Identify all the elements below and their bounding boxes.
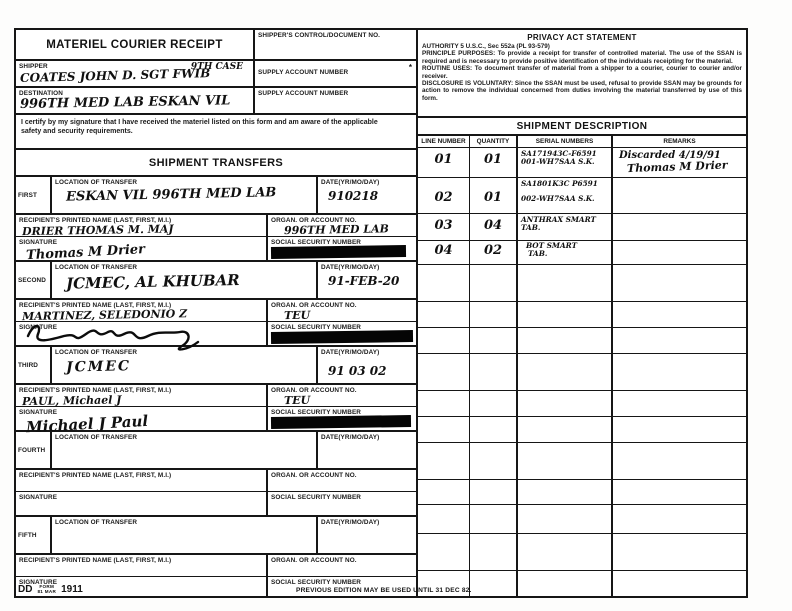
quantity-handwriting: 04 xyxy=(470,218,516,233)
recipient-label: RECIPIENT'S PRINTED NAME (LAST, FIRST, M… xyxy=(16,555,266,564)
remarks-cell xyxy=(613,178,746,213)
description-row-empty xyxy=(418,301,746,327)
ordinal-label: FIFTH xyxy=(16,532,37,539)
location-label: LOCATION OF TRANSFER xyxy=(52,432,316,441)
ordinal-box: SECOND xyxy=(16,262,52,298)
location-handwriting: JCMEC xyxy=(66,354,316,375)
quantity-handwriting: 01 xyxy=(470,152,516,167)
location-box: LOCATION OF TRANSFER ESKAN VIL 996TH MED… xyxy=(52,177,316,213)
description-row-empty xyxy=(418,264,746,301)
date-handwriting: 91 03 02 xyxy=(328,364,416,378)
quantity-handwriting: 02 xyxy=(470,243,516,258)
date-box: DATE(YR/MO/DAY) 91-FEB-20 xyxy=(316,262,416,298)
footer-dd: DD xyxy=(18,584,32,595)
transfer-block-second: SECOND LOCATION OF TRANSFER JCMEC, AL KH… xyxy=(16,260,416,345)
destination-box: DESTINATION 996TH MED LAB ESKAN VIL xyxy=(16,88,255,113)
line-number-handwriting: 02 xyxy=(418,190,469,205)
form-title: MATERIEL COURIER RECEIPT xyxy=(46,39,223,51)
supply-account-box-2: SUPPLY ACCOUNT NUMBER xyxy=(255,88,416,113)
certify-row: I certify by my signature that I have re… xyxy=(16,113,416,148)
signature-label: SIGNATURE xyxy=(16,492,266,501)
signature-box: SIGNATURE xyxy=(16,492,266,515)
scanned-form-dd1911: MATERIEL COURIER RECEIPT SHIPPER'S CONTR… xyxy=(0,0,792,611)
serial-numbers-cell: SA171943C-F6591 001-WH7SAA S.K. xyxy=(518,148,613,177)
ordinal-label: FIRST xyxy=(16,192,37,199)
ssn-box: SOCIAL SECURITY NUMBER xyxy=(266,492,416,515)
signature-box: SIGNATURE Thomas M Drier xyxy=(16,237,266,260)
transfer-block-third: THIRD LOCATION OF TRANSFER JCMEC DATE(YR… xyxy=(16,345,416,430)
asterisk-mark: * xyxy=(409,63,412,72)
serial-numbers-cell: ANTHRAX SMART TAB. xyxy=(518,214,613,240)
quantity-handwriting: 01 xyxy=(470,190,516,205)
privacy-act-box: PRIVACY ACT STATEMENT AUTHORITY 5 U.S.C.… xyxy=(418,30,746,116)
date-label: DATE(YR/MO/DAY) xyxy=(318,517,416,526)
transfers-title-box: SHIPMENT TRANSFERS xyxy=(16,150,416,175)
line-number-cell: 02 xyxy=(418,178,470,213)
signature-scrawl xyxy=(20,310,240,354)
description-row-empty xyxy=(418,442,746,479)
line-number-cell: 03 xyxy=(418,214,470,240)
privacy-title: PRIVACY ACT STATEMENT xyxy=(418,30,746,42)
recipient-box: RECIPIENT'S PRINTED NAME (LAST, FIRST, M… xyxy=(16,470,266,491)
ssn-redaction-bar xyxy=(271,330,413,344)
quantity-cell: 01 xyxy=(470,178,518,213)
remarks-cell xyxy=(613,214,746,240)
ordinal-box: FIFTH xyxy=(16,517,52,553)
transfers-section-title: SHIPMENT TRANSFERS xyxy=(149,157,283,169)
quantity-cell: 01 xyxy=(470,148,518,177)
certify-statement: I certify by my signature that I have re… xyxy=(16,115,416,136)
ordinal-label: FOURTH xyxy=(16,447,45,454)
location-handwriting: JCMEC, AL KHUBAR xyxy=(66,269,316,292)
ssn-label: SOCIAL SECURITY NUMBER xyxy=(268,492,416,501)
description-row-empty xyxy=(418,327,746,353)
certify-box: I certify by my signature that I have re… xyxy=(16,115,416,148)
date-label: DATE(YR/MO/DAY) xyxy=(318,177,416,186)
serial-line-1: SA1801K3C P6591 xyxy=(521,180,611,188)
transfers-title-row: SHIPMENT TRANSFERS xyxy=(16,148,416,175)
line-number-handwriting: 03 xyxy=(418,218,469,233)
date-box: DATE(YR/MO/DAY) xyxy=(316,432,416,468)
right-panel: PRIVACY ACT STATEMENT AUTHORITY 5 U.S.C.… xyxy=(416,28,748,598)
footer-edition: 81 MAR xyxy=(37,589,56,594)
left-panel: MATERIEL COURIER RECEIPT SHIPPER'S CONTR… xyxy=(14,28,418,598)
organ-handwriting: TEU xyxy=(284,307,416,322)
shipper-box: SHIPPER 9TH CASE COATES JOHN D. SGT FWIB xyxy=(16,61,255,86)
transfer-block-first: FIRST LOCATION OF TRANSFER ESKAN VIL 996… xyxy=(16,175,416,260)
footer-form-number: 1911 xyxy=(61,584,83,595)
location-box: LOCATION OF TRANSFER JCMEC, AL KHUBAR xyxy=(52,262,316,298)
previous-edition-note: PREVIOUS EDITION MAY BE USED UNTIL 31 DE… xyxy=(296,587,472,594)
remarks-signature: Thomas M Drier xyxy=(627,158,746,175)
organ-box: ORGAN. OR ACCOUNT NO. TEU xyxy=(266,300,416,321)
destination-row: DESTINATION 996TH MED LAB ESKAN VIL SUPP… xyxy=(16,86,416,113)
ordinal-label: THIRD xyxy=(16,362,38,369)
organ-box: ORGAN. OR ACCOUNT NO. xyxy=(266,555,416,576)
organ-box: ORGAN. OR ACCOUNT NO. 996TH MED LAB xyxy=(266,215,416,236)
privacy-disclosure: DISCLOSURE IS VOLUNTARY: Since the SSAN … xyxy=(418,80,746,102)
footer-form-edition: FORM 81 MAR xyxy=(37,584,56,594)
recipient-box: RECIPIENT'S PRINTED NAME (LAST, FIRST, M… xyxy=(16,215,266,236)
recipient-box: RECIPIENT'S PRINTED NAME (LAST, FIRST, M… xyxy=(16,385,266,406)
organ-handwriting: TEU xyxy=(284,392,416,407)
date-handwriting: 91-FEB-20 xyxy=(328,274,416,288)
ssn-label: SOCIAL SECURITY NUMBER xyxy=(268,577,416,586)
description-row-empty xyxy=(418,416,746,442)
ssn-box: SOCIAL SECURITY NUMBER xyxy=(266,407,416,430)
location-box: LOCATION OF TRANSFER xyxy=(52,432,316,468)
line-number-handwriting: 01 xyxy=(418,152,469,167)
organ-handwriting: 996TH MED LAB xyxy=(284,222,416,237)
supply-account-label-2: SUPPLY ACCOUNT NUMBER xyxy=(255,88,416,97)
ssn-box: SOCIAL SECURITY NUMBER xyxy=(266,237,416,260)
date-box: DATE(YR/MO/DAY) 91 03 02 xyxy=(316,347,416,383)
serial-numbers-cell: BOT SMART TAB. xyxy=(518,241,613,264)
privacy-routine: ROUTINE USES: To document transfer of ma… xyxy=(418,65,746,80)
location-handwriting: ESKAN VIL 996TH MED LAB xyxy=(66,184,316,204)
serial-line-2: TAB. xyxy=(521,224,611,232)
description-row-empty xyxy=(418,353,746,390)
location-label: LOCATION OF TRANSFER xyxy=(52,517,316,526)
organ-box: ORGAN. OR ACCOUNT NO. xyxy=(266,470,416,491)
form-title-box: MATERIEL COURIER RECEIPT xyxy=(16,30,255,59)
control-number-box: SHIPPER'S CONTROL/DOCUMENT NO. xyxy=(255,30,416,59)
ordinal-box: FOURTH xyxy=(16,432,52,468)
serial-numbers-cell: SA1801K3C P6591 002-WH7SAA S.K. xyxy=(518,178,613,213)
signature-box: SIGNATURE xyxy=(16,322,266,345)
line-number-cell: 01 xyxy=(418,148,470,177)
serial-line-2: 001-WH7SAA S.K. xyxy=(521,158,611,166)
date-box: DATE(YR/MO/DAY) 910218 xyxy=(316,177,416,213)
description-row-empty xyxy=(418,533,746,570)
date-box: DATE(YR/MO/DAY) xyxy=(316,517,416,553)
date-label: DATE(YR/MO/DAY) xyxy=(318,262,416,271)
col-header-remarks: REMARKS xyxy=(613,136,746,147)
serial-line-2: TAB. xyxy=(528,250,611,258)
col-header-serial-numbers: SERIAL NUMBERS xyxy=(518,136,613,147)
signature-box: SIGNATURE Michael J Paul xyxy=(16,407,266,430)
description-title-row: SHIPMENT DESCRIPTION xyxy=(418,116,746,134)
description-row-4: 04 02 BOT SMART TAB. xyxy=(418,240,746,264)
shipper-row: SHIPPER 9TH CASE COATES JOHN D. SGT FWIB… xyxy=(16,59,416,86)
recipient-label: RECIPIENT'S PRINTED NAME (LAST, FIRST, M… xyxy=(16,470,266,479)
date-label: DATE(YR/MO/DAY) xyxy=(318,347,416,356)
header-row: MATERIEL COURIER RECEIPT SHIPPER'S CONTR… xyxy=(16,30,416,59)
ssn-redaction-bar xyxy=(271,245,406,259)
description-row-empty xyxy=(418,479,746,505)
organ-box: ORGAN. OR ACCOUNT NO. TEU xyxy=(266,385,416,406)
description-row-3: 03 04 ANTHRAX SMART TAB. xyxy=(418,213,746,240)
recipient-box: RECIPIENT'S PRINTED NAME (LAST, FIRST, M… xyxy=(16,555,266,576)
destination-value-handwriting: 996TH MED LAB ESKAN VIL xyxy=(20,93,253,112)
description-row-empty xyxy=(418,390,746,416)
serial-line-2: 002-WH7SAA S.K. xyxy=(521,195,611,203)
remarks-cell xyxy=(613,241,746,264)
supply-account-label-1: SUPPLY ACCOUNT NUMBER xyxy=(255,67,348,76)
description-section-title: SHIPMENT DESCRIPTION xyxy=(517,121,648,132)
col-header-line-number: LINE NUMBER xyxy=(418,136,470,147)
col-header-quantity: QUANTITY xyxy=(470,136,518,147)
control-number-label: SHIPPER'S CONTROL/DOCUMENT NO. xyxy=(255,30,416,39)
organ-label: ORGAN. OR ACCOUNT NO. xyxy=(268,555,416,564)
line-number-cell: 04 xyxy=(418,241,470,264)
form-footer: DD FORM 81 MAR 1911 xyxy=(18,584,83,595)
ordinal-label: SECOND xyxy=(16,277,46,284)
date-handwriting: 910218 xyxy=(328,189,416,203)
organ-label: ORGAN. OR ACCOUNT NO. xyxy=(268,470,416,479)
remarks-cell: Discarded 4/19/91 Thomas M Drier xyxy=(613,148,746,177)
ssn-redaction-bar xyxy=(271,415,411,429)
line-number-handwriting: 04 xyxy=(418,243,469,258)
quantity-cell: 04 xyxy=(470,214,518,240)
location-box: LOCATION OF TRANSFER xyxy=(52,517,316,553)
description-row-1: 01 01 SA171943C-F6591 001-WH7SAA S.K. Di… xyxy=(418,147,746,177)
quantity-cell: 02 xyxy=(470,241,518,264)
description-row-2: 02 01 SA1801K3C P6591 002-WH7SAA S.K. xyxy=(418,177,746,213)
ssn-box: SOCIAL SECURITY NUMBER xyxy=(266,322,416,345)
supply-account-box-1: SUPPLY ACCOUNT NUMBER * xyxy=(255,61,416,86)
date-label: DATE(YR/MO/DAY) xyxy=(318,432,416,441)
privacy-authority: AUTHORITY 5 U.S.C., Sec 552a (PL 93-579) xyxy=(418,42,746,50)
description-column-headers: LINE NUMBER QUANTITY SERIAL NUMBERS REMA… xyxy=(418,134,746,147)
description-row-empty xyxy=(418,504,746,533)
transfer-block-fourth: FOURTH LOCATION OF TRANSFER DATE(YR/MO/D… xyxy=(16,430,416,515)
privacy-purposes: PRINCIPLE PURPOSES: To provide a receipt… xyxy=(418,50,746,65)
ordinal-box: FIRST xyxy=(16,177,52,213)
